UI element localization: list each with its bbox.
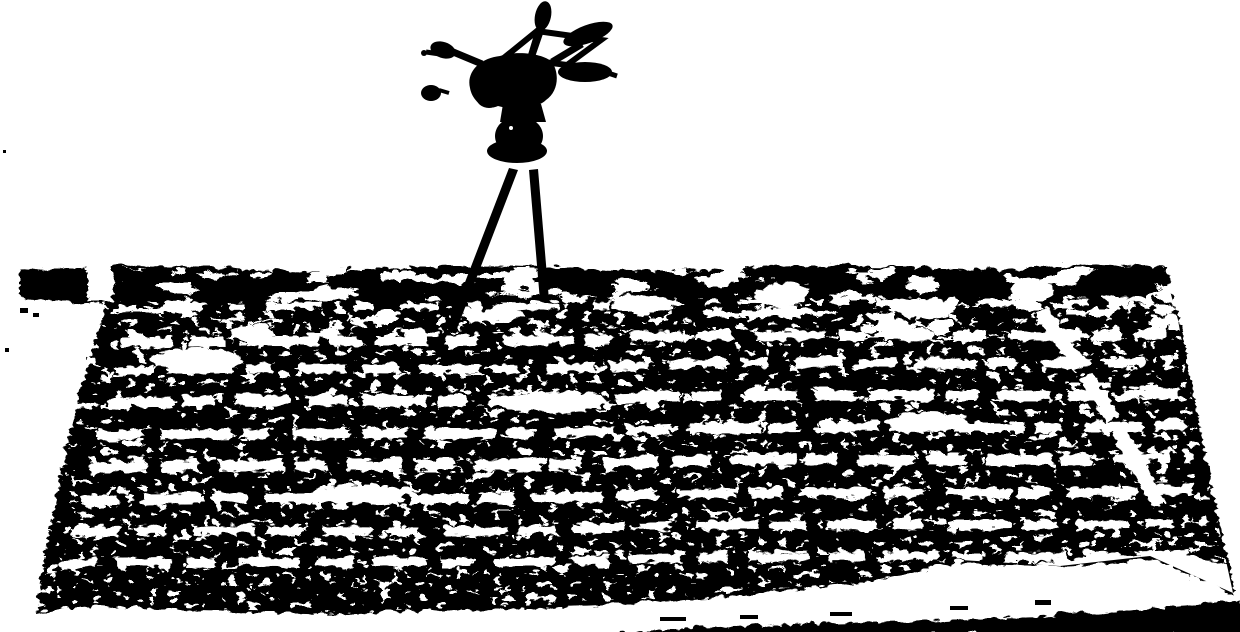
scene-canvas: [0, 0, 1240, 632]
rotor-stub: [426, 52, 447, 55]
field-texture: [30, 261, 1240, 615]
uav-body-chin: [476, 86, 502, 108]
camera-highlight: [509, 126, 513, 130]
binarized-photo: [0, 0, 1240, 632]
rotor-tip: [608, 73, 617, 76]
tree-line-gap: [85, 261, 111, 299]
